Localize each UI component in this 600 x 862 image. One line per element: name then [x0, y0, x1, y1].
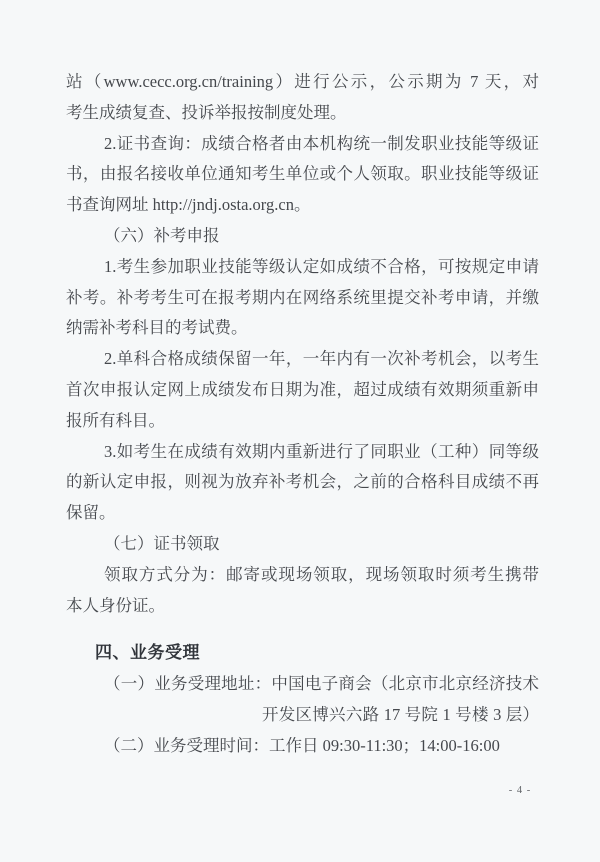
text-line: 站（www.cecc.org.cn/training）进行公示，公示期为 7 天…	[66, 67, 539, 98]
text-line: （二）业务受理时间：工作日 09:30-11:30；14:00-16:00	[66, 731, 539, 762]
text-line: 保留。	[66, 498, 539, 529]
text-line: 开发区博兴六路 17 号院 1 号楼 3 层）	[66, 700, 539, 731]
text-line: 2.证书查询：成绩合格者由本机构统一制发职业技能等级证	[66, 129, 539, 160]
text-line: （一）业务受理地址：中国电子商会（北京市北京经济技术	[66, 669, 539, 700]
text-line: 考生成绩复查、投诉举报按制度处理。	[66, 98, 539, 129]
document-body: 站（www.cecc.org.cn/training）进行公示，公示期为 7 天…	[66, 67, 539, 762]
text-line: 书查询网址 http://jndj.osta.org.cn。	[66, 190, 539, 221]
text-line: 书，由报名接收单位通知考生单位或个人领取。职业技能等级证	[66, 159, 539, 190]
text-line: 纳需补考科目的考试费。	[66, 313, 539, 344]
text-line: 1.考生参加职业技能等级认定如成绩不合格，可按规定申请	[66, 252, 539, 283]
text-line: 补考。补考考生可在报考期内在网络系统里提交补考申请，并缴	[66, 283, 539, 314]
text-line: 的新认定申报，则视为放弃补考机会，之前的合格科目成绩不再	[66, 467, 539, 498]
page-number: - 4 -	[498, 785, 542, 796]
text-line: 2.单科合格成绩保留一年，一年内有一次补考机会，以考生	[66, 344, 539, 375]
document-page: 站（www.cecc.org.cn/training）进行公示，公示期为 7 天…	[0, 0, 600, 862]
text-line: 3.如考生在成绩有效期内重新进行了同职业（工种）同等级	[66, 437, 539, 468]
section-heading: 四、业务受理	[66, 638, 539, 669]
text-line: 本人身份证。	[66, 591, 539, 622]
text-line: 报所有科目。	[66, 406, 539, 437]
text-line: 领取方式分为：邮寄或现场领取，现场领取时须考生携带	[66, 560, 539, 591]
text-line: （六）补考申报	[66, 221, 539, 252]
text-line: （七）证书领取	[66, 529, 539, 560]
text-line: 首次申报认定网上成绩发布日期为准，超过成绩有效期须重新申	[66, 375, 539, 406]
